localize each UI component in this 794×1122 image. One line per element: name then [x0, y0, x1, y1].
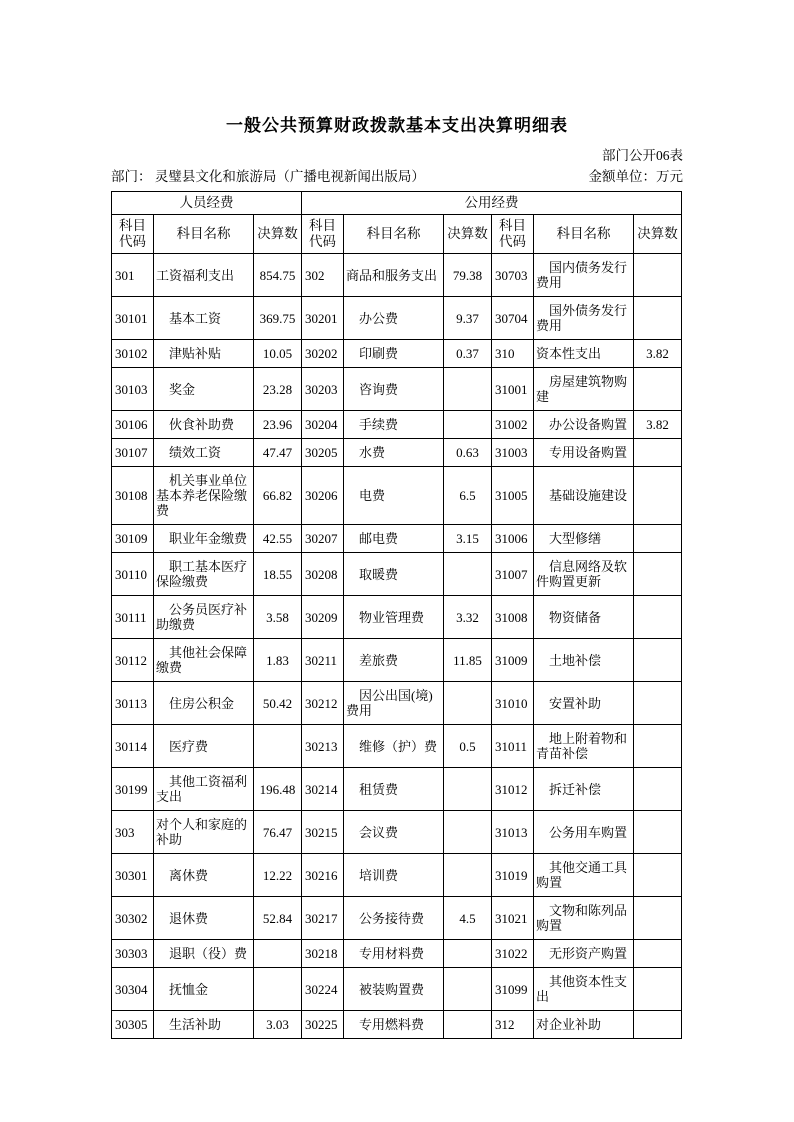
value-cell: 12.22	[254, 854, 302, 897]
name-cell: 因公出国(境)费用	[344, 682, 444, 725]
code-cell: 30303	[112, 940, 154, 968]
budget-table: 人员经费 公用经费 科目代码 科目名称 决算数 科目代码 科目名称 决算数 科目…	[111, 191, 682, 1039]
code-cell: 30302	[112, 897, 154, 940]
code-cell: 30202	[302, 340, 344, 368]
value-cell	[634, 467, 682, 525]
code-cell: 30107	[112, 439, 154, 467]
name-cell: 地上附着物和青苗补偿	[534, 725, 634, 768]
name-cell: 办公设备购置	[534, 411, 634, 439]
value-cell	[444, 940, 492, 968]
name-cell: 住房公积金	[154, 682, 254, 725]
code-cell: 30214	[302, 768, 344, 811]
code-cell: 31010	[492, 682, 534, 725]
value-cell	[444, 1011, 492, 1039]
code-cell: 30703	[492, 254, 534, 297]
document-page: 一般公共预算财政拨款基本支出决算明细表 部门公开06表 部门： 灵璧县文化和旅游…	[111, 0, 683, 1039]
name-cell: 其他资本性支出	[534, 968, 634, 1011]
name-cell: 公务员医疗补助缴费	[154, 596, 254, 639]
code-cell: 30106	[112, 411, 154, 439]
name-cell: 基础设施建设	[534, 467, 634, 525]
code-cell: 30110	[112, 553, 154, 596]
value-cell	[634, 596, 682, 639]
value-cell: 18.55	[254, 553, 302, 596]
code-cell: 31011	[492, 725, 534, 768]
column-header: 决算数	[444, 215, 492, 254]
code-cell: 30199	[112, 768, 154, 811]
name-cell: 退职（役）费	[154, 940, 254, 968]
name-cell: 其他社会保障缴费	[154, 639, 254, 682]
name-cell: 职工基本医疗保险缴费	[154, 553, 254, 596]
code-cell: 31019	[492, 854, 534, 897]
name-cell: 取暖费	[344, 553, 444, 596]
column-header: 科目名称	[534, 215, 634, 254]
table-row: 30113 住房公积金50.4230212 因公出国(境)费用31010 安置补…	[112, 682, 682, 725]
code-cell: 30205	[302, 439, 344, 467]
table-row: 303对个人和家庭的补助76.4730215 会议费31013 公务用车购置	[112, 811, 682, 854]
name-cell: 绩效工资	[154, 439, 254, 467]
name-cell: 奖金	[154, 368, 254, 411]
name-cell: 基本工资	[154, 297, 254, 340]
code-cell: 31009	[492, 639, 534, 682]
code-cell: 30206	[302, 467, 344, 525]
value-cell	[634, 811, 682, 854]
code-cell: 30102	[112, 340, 154, 368]
value-cell	[634, 968, 682, 1011]
value-cell	[634, 297, 682, 340]
value-cell: 47.47	[254, 439, 302, 467]
table-row: 30305 生活补助3.0330225 专用燃料费312对企业补助	[112, 1011, 682, 1039]
code-cell: 30209	[302, 596, 344, 639]
column-header: 科目代码	[112, 215, 154, 254]
value-cell: 0.5	[444, 725, 492, 768]
value-cell	[444, 968, 492, 1011]
code-cell: 312	[492, 1011, 534, 1039]
code-cell: 30112	[112, 639, 154, 682]
table-row: 30101 基本工资369.7530201 办公费9.3730704 国外债务发…	[112, 297, 682, 340]
name-cell: 机关事业单位基本养老保险缴费	[154, 467, 254, 525]
value-cell: 0.37	[444, 340, 492, 368]
table-row: 30114 医疗费30213 维修（护）费0.531011 地上附着物和青苗补偿	[112, 725, 682, 768]
name-cell: 文物和陈列品购置	[534, 897, 634, 940]
code-cell: 30218	[302, 940, 344, 968]
name-cell: 公务用车购置	[534, 811, 634, 854]
name-cell: 商品和服务支出	[344, 254, 444, 297]
name-cell: 伙食补助费	[154, 411, 254, 439]
name-cell: 工资福利支出	[154, 254, 254, 297]
code-cell: 30111	[112, 596, 154, 639]
table-row: 30110 职工基本医疗保险缴费18.5530208 取暖费31007 信息网络…	[112, 553, 682, 596]
code-cell: 30704	[492, 297, 534, 340]
code-cell: 30224	[302, 968, 344, 1011]
name-cell: 无形资产购置	[534, 940, 634, 968]
value-cell: 369.75	[254, 297, 302, 340]
name-cell: 水费	[344, 439, 444, 467]
code-cell: 30225	[302, 1011, 344, 1039]
name-cell: 其他工资福利支出	[154, 768, 254, 811]
code-cell: 30305	[112, 1011, 154, 1039]
unit-label: 金额单位：万元	[589, 168, 684, 186]
code-cell: 30201	[302, 297, 344, 340]
value-cell: 42.55	[254, 525, 302, 553]
name-cell: 对个人和家庭的补助	[154, 811, 254, 854]
value-cell: 6.5	[444, 467, 492, 525]
value-cell	[634, 768, 682, 811]
name-cell: 专用材料费	[344, 940, 444, 968]
name-cell: 邮电费	[344, 525, 444, 553]
code-cell: 31003	[492, 439, 534, 467]
value-cell	[634, 1011, 682, 1039]
value-cell	[444, 811, 492, 854]
value-cell: 10.05	[254, 340, 302, 368]
code-cell: 30217	[302, 897, 344, 940]
code-cell: 30114	[112, 725, 154, 768]
value-cell: 23.28	[254, 368, 302, 411]
name-cell: 会议费	[344, 811, 444, 854]
value-cell: 3.82	[634, 340, 682, 368]
value-cell: 3.03	[254, 1011, 302, 1039]
value-cell	[444, 411, 492, 439]
table-row: 30199 其他工资福利支出196.4830214 租赁费31012 拆迁补偿	[112, 768, 682, 811]
table-row: 30102 津贴补贴10.0530202 印刷费0.37310资本性支出3.82	[112, 340, 682, 368]
value-cell	[444, 768, 492, 811]
code-cell: 30213	[302, 725, 344, 768]
column-header: 决算数	[634, 215, 682, 254]
value-cell: 3.15	[444, 525, 492, 553]
table-row: 30303 退职（役）费30218 专用材料费31022 无形资产购置	[112, 940, 682, 968]
value-cell: 854.75	[254, 254, 302, 297]
name-cell: 专用设备购置	[534, 439, 634, 467]
column-header-row: 科目代码 科目名称 决算数 科目代码 科目名称 决算数 科目代码 科目名称 决算…	[112, 215, 682, 254]
value-cell	[634, 854, 682, 897]
table-row: 30109 职业年金缴费42.5530207 邮电费3.1531006 大型修缮	[112, 525, 682, 553]
name-cell: 其他交通工具购置	[534, 854, 634, 897]
name-cell: 离休费	[154, 854, 254, 897]
name-cell: 资本性支出	[534, 340, 634, 368]
code-cell: 31099	[492, 968, 534, 1011]
code-cell: 30203	[302, 368, 344, 411]
code-cell: 30101	[112, 297, 154, 340]
code-cell: 31002	[492, 411, 534, 439]
name-cell: 物业管理费	[344, 596, 444, 639]
value-cell	[634, 439, 682, 467]
name-cell: 维修（护）费	[344, 725, 444, 768]
code-cell: 31007	[492, 553, 534, 596]
value-cell: 76.47	[254, 811, 302, 854]
value-cell	[444, 682, 492, 725]
table-row: 30107 绩效工资47.4730205 水费0.6331003 专用设备购置	[112, 439, 682, 467]
value-cell	[444, 854, 492, 897]
value-cell	[634, 897, 682, 940]
column-header: 科目名称	[154, 215, 254, 254]
value-cell	[634, 940, 682, 968]
value-cell: 0.63	[444, 439, 492, 467]
code-cell: 30207	[302, 525, 344, 553]
name-cell: 印刷费	[344, 340, 444, 368]
code-cell: 30109	[112, 525, 154, 553]
name-cell: 国外债务发行费用	[534, 297, 634, 340]
group-header-public: 公用经费	[302, 192, 682, 215]
name-cell: 生活补助	[154, 1011, 254, 1039]
column-header: 科目代码	[492, 215, 534, 254]
code-cell: 30304	[112, 968, 154, 1011]
value-cell: 3.82	[634, 411, 682, 439]
name-cell: 退休费	[154, 897, 254, 940]
value-cell: 66.82	[254, 467, 302, 525]
name-cell: 手续费	[344, 411, 444, 439]
code-cell: 31021	[492, 897, 534, 940]
group-header-row: 人员经费 公用经费	[112, 192, 682, 215]
name-cell: 房屋建筑物购建	[534, 368, 634, 411]
code-cell: 30208	[302, 553, 344, 596]
value-cell: 196.48	[254, 768, 302, 811]
code-cell: 30212	[302, 682, 344, 725]
table-row: 30304 抚恤金30224 被装购置费31099 其他资本性支出	[112, 968, 682, 1011]
table-row: 30112 其他社会保障缴费1.8330211 差旅费11.8531009 土地…	[112, 639, 682, 682]
name-cell: 对企业补助	[534, 1011, 634, 1039]
name-cell: 差旅费	[344, 639, 444, 682]
name-cell: 信息网络及软件购置更新	[534, 553, 634, 596]
column-header: 科目代码	[302, 215, 344, 254]
code-cell: 310	[492, 340, 534, 368]
name-cell: 公务接待费	[344, 897, 444, 940]
code-cell: 31001	[492, 368, 534, 411]
column-header: 决算数	[254, 215, 302, 254]
code-cell: 30103	[112, 368, 154, 411]
group-header-personnel: 人员经费	[112, 192, 302, 215]
code-cell: 31013	[492, 811, 534, 854]
code-cell: 303	[112, 811, 154, 854]
name-cell: 拆迁补偿	[534, 768, 634, 811]
code-cell: 301	[112, 254, 154, 297]
table-body: 301工资福利支出854.75302商品和服务支出79.3830703 国内债务…	[112, 254, 682, 1039]
meta-line: 部门： 灵璧县文化和旅游局（广播电视新闻出版局） 金额单位：万元	[111, 168, 683, 186]
code-cell: 30211	[302, 639, 344, 682]
code-cell: 30216	[302, 854, 344, 897]
name-cell: 医疗费	[154, 725, 254, 768]
name-cell: 大型修缮	[534, 525, 634, 553]
code-cell: 31022	[492, 940, 534, 968]
table-row: 30103 奖金23.2830203 咨询费31001 房屋建筑物购建	[112, 368, 682, 411]
table-row: 301工资福利支出854.75302商品和服务支出79.3830703 国内债务…	[112, 254, 682, 297]
value-cell	[444, 553, 492, 596]
value-cell	[254, 725, 302, 768]
name-cell: 安置补助	[534, 682, 634, 725]
value-cell: 50.42	[254, 682, 302, 725]
name-cell: 专用燃料费	[344, 1011, 444, 1039]
name-cell: 培训费	[344, 854, 444, 897]
department-line: 部门： 灵璧县文化和旅游局（广播电视新闻出版局）	[111, 168, 425, 186]
table-row: 30108 机关事业单位基本养老保险缴费66.8230206 电费6.53100…	[112, 467, 682, 525]
table-row: 30301 离休费12.2230216 培训费31019 其他交通工具购置	[112, 854, 682, 897]
doc-table-label: 部门公开06表	[111, 147, 683, 164]
value-cell	[634, 553, 682, 596]
name-cell: 被装购置费	[344, 968, 444, 1011]
value-cell	[634, 682, 682, 725]
value-cell	[634, 639, 682, 682]
name-cell: 物资储备	[534, 596, 634, 639]
table-row: 30302 退休费52.8430217 公务接待费4.531021 文物和陈列品…	[112, 897, 682, 940]
value-cell	[254, 968, 302, 1011]
value-cell: 9.37	[444, 297, 492, 340]
value-cell: 52.84	[254, 897, 302, 940]
page-title: 一般公共预算财政拨款基本支出决算明细表	[111, 114, 683, 138]
name-cell: 津贴补贴	[154, 340, 254, 368]
name-cell: 土地补偿	[534, 639, 634, 682]
code-cell: 30113	[112, 682, 154, 725]
code-cell: 30301	[112, 854, 154, 897]
code-cell: 31006	[492, 525, 534, 553]
value-cell: 1.83	[254, 639, 302, 682]
code-cell: 30108	[112, 467, 154, 525]
code-cell: 30204	[302, 411, 344, 439]
name-cell: 抚恤金	[154, 968, 254, 1011]
value-cell	[254, 940, 302, 968]
value-cell	[634, 368, 682, 411]
value-cell: 23.96	[254, 411, 302, 439]
code-cell: 302	[302, 254, 344, 297]
table-row: 30106 伙食补助费23.9630204 手续费31002 办公设备购置3.8…	[112, 411, 682, 439]
code-cell: 31005	[492, 467, 534, 525]
value-cell	[634, 525, 682, 553]
name-cell: 咨询费	[344, 368, 444, 411]
value-cell: 4.5	[444, 897, 492, 940]
value-cell: 11.85	[444, 639, 492, 682]
value-cell: 79.38	[444, 254, 492, 297]
code-cell: 31008	[492, 596, 534, 639]
name-cell: 电费	[344, 467, 444, 525]
name-cell: 国内债务发行费用	[534, 254, 634, 297]
code-cell: 31012	[492, 768, 534, 811]
name-cell: 职业年金缴费	[154, 525, 254, 553]
table-row: 30111 公务员医疗补助缴费3.5830209 物业管理费3.3231008 …	[112, 596, 682, 639]
value-cell: 3.58	[254, 596, 302, 639]
value-cell	[634, 254, 682, 297]
name-cell: 办公费	[344, 297, 444, 340]
value-cell: 3.32	[444, 596, 492, 639]
value-cell	[634, 725, 682, 768]
code-cell: 30215	[302, 811, 344, 854]
value-cell	[444, 368, 492, 411]
column-header: 科目名称	[344, 215, 444, 254]
name-cell: 租赁费	[344, 768, 444, 811]
